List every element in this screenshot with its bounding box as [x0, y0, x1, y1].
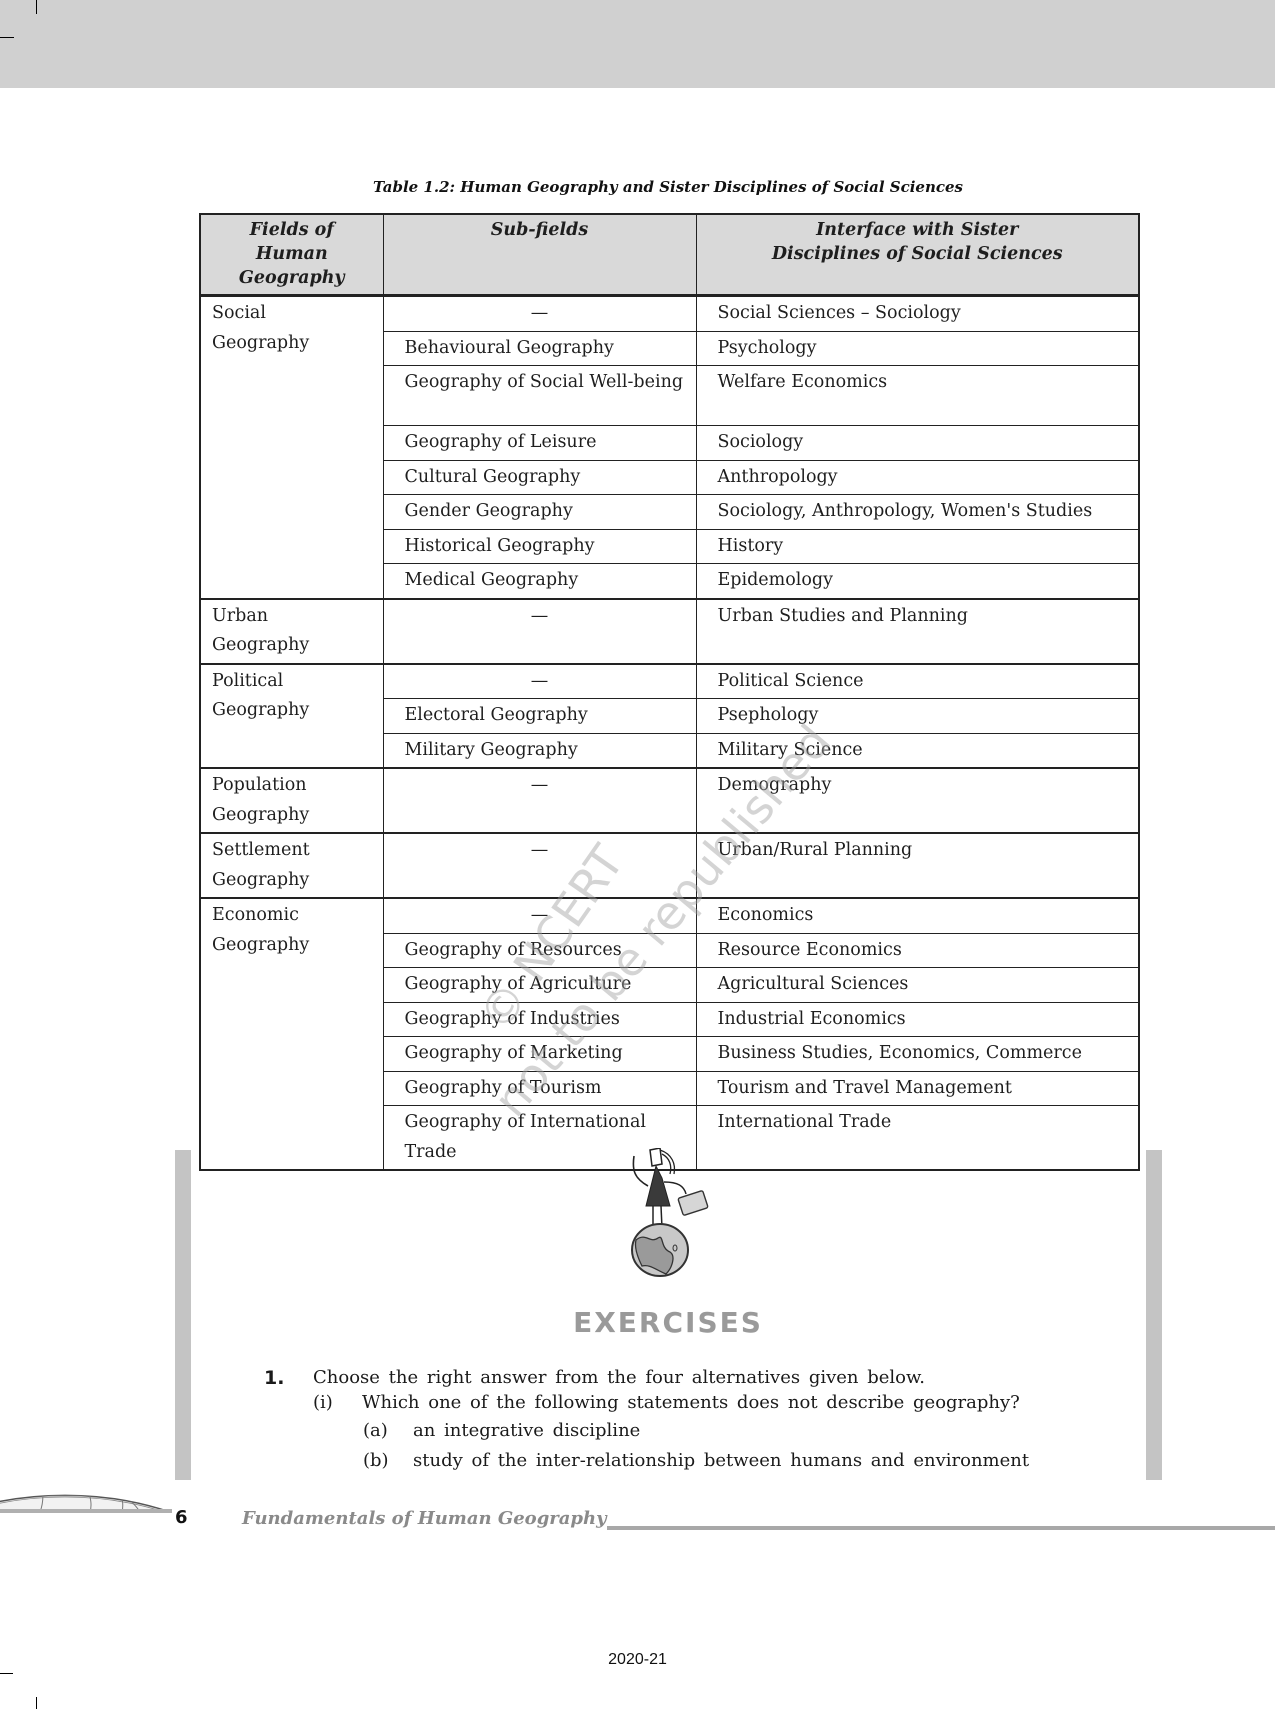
interface-cell: Agricultural Sciences	[696, 968, 1139, 1003]
interface-cell: Social Sciences – Sociology	[696, 296, 1139, 332]
subfield-cell: Geography of Leisure	[383, 426, 696, 461]
table-row: SocialGeography—Social Sciences – Sociol…	[200, 296, 1139, 332]
footer-rule	[607, 1526, 1275, 1530]
subfield-cell: Geography of Resources	[383, 933, 696, 968]
interface-cell: Welfare Economics	[696, 366, 1139, 426]
geography-disciplines-table: Fields ofHumanGeography Sub-fields Inter…	[199, 213, 1140, 1171]
subfield-cell: Geography of Social Well-being	[383, 366, 696, 426]
interface-cell: Psephology	[696, 699, 1139, 734]
table-caption: Table 1.2: Human Geography and Sister Di…	[199, 178, 1137, 196]
exercise-box-left-bar	[175, 1150, 191, 1480]
subfield-cell: —	[383, 664, 696, 699]
subfield-cell: Military Geography	[383, 733, 696, 768]
interface-cell: Urban Studies and Planning	[696, 599, 1139, 664]
interface-cell: Sociology, Anthropology, Women's Studies	[696, 495, 1139, 530]
crop-mark	[36, 0, 37, 14]
subfield-cell: Geography of Industries	[383, 1002, 696, 1037]
table-row: UrbanGeography—Urban Studies and Plannin…	[200, 599, 1139, 664]
subfield-cell: Geography of Tourism	[383, 1071, 696, 1106]
field-cell: UrbanGeography	[200, 599, 383, 664]
interface-cell: Epidemology	[696, 564, 1139, 599]
question-number: 1.	[264, 1367, 284, 1389]
question-text: Choose the right answer from the four al…	[313, 1367, 925, 1388]
field-cell: PopulationGeography	[200, 768, 383, 833]
crop-mark	[0, 37, 14, 38]
interface-cell: Political Science	[696, 664, 1139, 699]
interface-cell: Tourism and Travel Management	[696, 1071, 1139, 1106]
subfield-cell: —	[383, 768, 696, 833]
interface-cell: Urban/Rural Planning	[696, 833, 1139, 898]
world-map-globe-icon	[0, 1386, 172, 1512]
interface-cell: Military Science	[696, 733, 1139, 768]
top-margin-band	[0, 0, 1275, 88]
book-title: Fundamentals of Human Geography	[242, 1508, 607, 1529]
field-cell: PoliticalGeography	[200, 664, 383, 769]
interface-cell: History	[696, 529, 1139, 564]
subfield-cell: Behavioural Geography	[383, 331, 696, 366]
subfield-cell: Historical Geography	[383, 529, 696, 564]
subfield-cell: Electoral Geography	[383, 699, 696, 734]
subfield-cell: —	[383, 833, 696, 898]
option-a-label: (a)	[363, 1420, 388, 1441]
interface-cell: Economics	[696, 898, 1139, 933]
field-cell: EconomicGeography	[200, 898, 383, 1170]
interface-cell: Psychology	[696, 331, 1139, 366]
sub-question-text: Which one of the following statements do…	[362, 1392, 1020, 1413]
header-fields: Fields ofHumanGeography	[200, 214, 383, 296]
interface-cell: Sociology	[696, 426, 1139, 461]
interface-cell: Anthropology	[696, 460, 1139, 495]
option-b-label: (b)	[363, 1450, 389, 1471]
interface-cell: International Trade	[696, 1106, 1139, 1171]
field-cell: SettlementGeography	[200, 833, 383, 898]
interface-cell: Resource Economics	[696, 933, 1139, 968]
subfield-cell: Cultural Geography	[383, 460, 696, 495]
subfield-cell: Gender Geography	[383, 495, 696, 530]
exercises-heading: EXERCISES	[199, 1306, 1137, 1339]
crop-mark	[0, 1673, 13, 1674]
page-number: 6	[175, 1507, 188, 1528]
subfield-cell: —	[383, 599, 696, 664]
interface-cell: Business Studies, Economics, Commerce	[696, 1037, 1139, 1072]
field-cell: SocialGeography	[200, 296, 383, 599]
interface-cell: Demography	[696, 768, 1139, 833]
header-subfields: Sub-fields	[383, 214, 696, 296]
table-row: EconomicGeography—Economics	[200, 898, 1139, 933]
subfield-cell: Medical Geography	[383, 564, 696, 599]
person-on-globe-icon	[620, 1148, 730, 1278]
subfield-cell: Geography of Agriculture	[383, 968, 696, 1003]
option-a-text: an integrative discipline	[413, 1420, 640, 1441]
crop-mark	[36, 1697, 37, 1709]
header-interface: Interface with SisterDisciplines of Soci…	[696, 214, 1139, 296]
exercise-box-right-bar	[1146, 1150, 1162, 1480]
interface-cell: Industrial Economics	[696, 1002, 1139, 1037]
table-header-row: Fields ofHumanGeography Sub-fields Inter…	[200, 214, 1139, 296]
sub-question-label: (i)	[313, 1392, 333, 1413]
subfield-cell: Geography of Marketing	[383, 1037, 696, 1072]
table-row: PopulationGeography—Demography	[200, 768, 1139, 833]
table-row: SettlementGeography—Urban/Rural Planning	[200, 833, 1139, 898]
subfield-cell: —	[383, 898, 696, 933]
edition-year: 2020-21	[0, 1651, 1275, 1669]
table-row: PoliticalGeography—Political Science	[200, 664, 1139, 699]
option-b-text: study of the inter-relationship between …	[413, 1450, 1029, 1471]
globe-base-rule	[0, 1509, 172, 1513]
subfield-cell: —	[383, 296, 696, 332]
